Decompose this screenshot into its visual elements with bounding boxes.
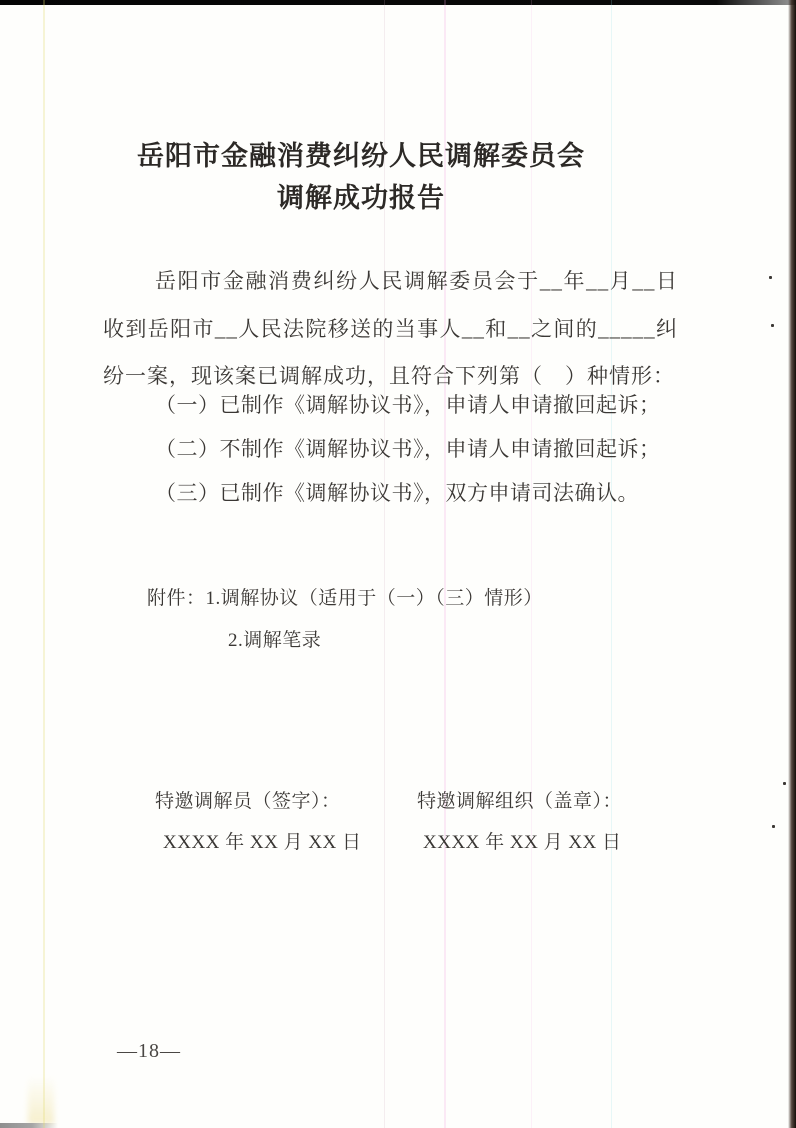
attachment-item-1: 1.调解协议（适用于（一）（三）情形）	[206, 588, 543, 609]
attachment-item-2: 2.调解笔录	[228, 620, 707, 662]
condition-item-3: （三）已制作《调解协议书》，双方申请司法确认。	[103, 471, 693, 515]
conditions-list: （一）已制作《调解协议书》，申请人申请撤回起诉； （二）不制作《调解协议书》，申…	[103, 383, 693, 515]
organization-signature-date: XXXX 年 XX 月 XX 日	[423, 822, 622, 863]
attachments-label: 附件：	[147, 588, 206, 609]
dust-speck	[783, 782, 786, 785]
body-paragraph: 岳阳市金融消费纠纷人民调解委员会于__年__月__日收到岳阳市__人民法院移送的…	[103, 258, 678, 401]
scanned-document-page: 岳阳市金融消费纠纷人民调解委员会 调解成功报告 岳阳市金融消费纠纷人民调解委员会…	[0, 0, 796, 1128]
scan-top-edge	[0, 0, 796, 5]
scan-right-edge	[788, 0, 796, 1128]
mediator-signature-date: XXXX 年 XX 月 XX 日	[163, 822, 362, 863]
attachments-line-1: 附件：1.调解协议（适用于（一）（三）情形）	[147, 578, 707, 620]
organization-signature-label: 特邀调解组织（盖章）：	[417, 781, 622, 822]
organization-signature-column: 特邀调解组织（盖章）： XXXX 年 XX 月 XX 日	[417, 781, 622, 863]
condition-item-1: （一）已制作《调解协议书》，申请人申请撤回起诉；	[103, 383, 693, 427]
attachments-section: 附件：1.调解协议（适用于（一）（三）情形） 2.调解笔录	[147, 578, 707, 662]
dust-speck	[772, 825, 775, 828]
scan-page-curl-shadow	[28, 1076, 54, 1124]
mediator-signature-label: 特邀调解员（签字）：	[155, 781, 362, 822]
mediator-signature-column: 特邀调解员（签字）： XXXX 年 XX 月 XX 日	[155, 781, 362, 863]
dust-speck	[769, 276, 772, 279]
document-title-line-2: 调解成功报告	[0, 177, 722, 219]
document-title-line-1: 岳阳市金融消费纠纷人民调解委员会	[0, 135, 722, 177]
document-title: 岳阳市金融消费纠纷人民调解委员会 调解成功报告	[0, 135, 722, 219]
dust-speck	[771, 324, 774, 327]
condition-item-2: （二）不制作《调解协议书》，申请人申请撤回起诉；	[103, 427, 693, 471]
page-number: —18—	[117, 1040, 181, 1063]
scan-bottom-left-smudge	[0, 1123, 58, 1128]
